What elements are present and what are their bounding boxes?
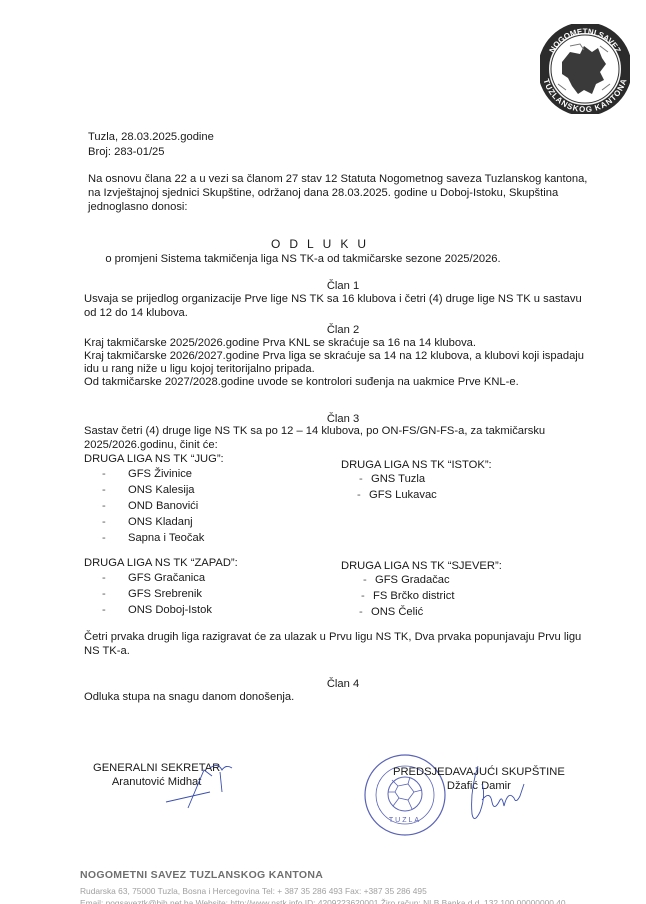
federation-logo: NOGOMETNI SAVEZ TUZLANSKOG KANTONA — [540, 24, 630, 114]
svg-text:TUZLA: TUZLA — [389, 817, 421, 824]
league-zapad: DRUGA LIGA NS TK “ZAPAD”: -GFS Gračanica… — [84, 556, 238, 619]
article-line: Sastav četri (4) druge lige NS TK sa po … — [84, 424, 624, 438]
list-item: -Sapna i Teočak — [102, 531, 224, 547]
intro-line: Na osnovu člana 22 a u vezi sa članom 27… — [88, 172, 618, 186]
decision-title: ODLUKU — [0, 237, 646, 251]
article-1-body: Usvaja se prijedlog organizacije Prve li… — [84, 292, 624, 320]
article-2-heading: Član 2 — [0, 323, 646, 337]
article-line: Usvaja se prijedlog organizacije Prve li… — [84, 292, 624, 306]
league-jug-heading: DRUGA LIGA NS TK “JUG”: — [84, 452, 224, 466]
list-item: -OND Banovići — [102, 499, 224, 515]
league-jug-members: -GFS Živinice -ONS Kalesija -OND Banović… — [102, 467, 224, 547]
list-item: -GNS Tuzla — [359, 472, 492, 488]
list-item: -FS Brčko district — [361, 589, 502, 605]
article-line: Od takmičarske 2027/2028.godine uvode se… — [84, 375, 624, 388]
footer-contact: Email: nogsaveztk@bih.net.ba Website: ht… — [80, 896, 566, 904]
league-istok-heading: DRUGA LIGA NS TK “ISTOK”: — [341, 458, 492, 472]
article-4-heading: Član 4 — [0, 677, 646, 691]
list-item: -GFS Gračanica — [102, 571, 238, 587]
league-zapad-members: -GFS Gračanica -GFS Srebrenik -ONS Doboj… — [102, 571, 238, 619]
article-3-body: Sastav četri (4) druge lige NS TK sa po … — [84, 424, 624, 452]
league-sjever: DRUGA LIGA NS TK “SJEVER”: -GFS Gradačac… — [341, 559, 502, 621]
footer-organization: NOGOMETNI SAVEZ TUZLANSKOG KANTONA — [80, 868, 323, 882]
note-line: Četri prvaka drugih liga razigravat će z… — [84, 630, 624, 644]
intro-line: jednoglasno donosi: — [88, 200, 618, 214]
article-1-heading: Član 1 — [0, 279, 646, 293]
reference-number: Broj: 283-01/25 — [88, 145, 214, 160]
list-item: -ONS Kalesija — [102, 483, 224, 499]
list-item: -GFS Srebrenik — [102, 587, 238, 603]
list-item: -GFS Gradačac — [363, 573, 502, 589]
federation-crest-icon: NOGOMETNI SAVEZ TUZLANSKOG KANTONA — [540, 24, 630, 114]
article-line: Kraj takmičarske 2025/2026.godine Prva K… — [84, 336, 624, 349]
handwritten-signature-icon — [160, 762, 240, 817]
note-line: NS TK-a. — [84, 644, 624, 658]
article-line: od 12 do 14 klubova. — [84, 306, 624, 320]
league-sjever-heading: DRUGA LIGA NS TK “SJEVER”: — [341, 559, 502, 573]
article-line: idu u rang niže u ligu kojoj teritorijal… — [84, 362, 624, 375]
place-date: Tuzla, 28.03.2025.godine — [88, 130, 214, 145]
league-jug: DRUGA LIGA NS TK “JUG”: -GFS Živinice -O… — [84, 452, 224, 547]
document-meta: Tuzla, 28.03.2025.godine Broj: 283-01/25 — [88, 130, 214, 160]
article-4-body: Odluka stupa na snagu danom donošenja. — [84, 690, 624, 704]
intro-paragraph: Na osnovu člana 22 a u vezi sa članom 27… — [88, 172, 618, 214]
league-zapad-heading: DRUGA LIGA NS TK “ZAPAD”: — [84, 556, 238, 570]
list-item: -GFS Lukavac — [357, 488, 492, 504]
article-line: Kraj takmičarske 2026/2027.godine Prva l… — [84, 349, 624, 362]
league-istok: DRUGA LIGA NS TK “ISTOK”: -GNS Tuzla -GF… — [341, 458, 492, 504]
list-item: -ONS Doboj-Istok — [102, 603, 238, 619]
intro-line: na Izvještajnoj sjednici Skupštine, održ… — [88, 186, 618, 200]
decision-subtitle: o promjeni Sistema takmičenja liga NS TK… — [0, 252, 646, 266]
league-sjever-members: -GFS Gradačac -FS Brčko district -ONS Če… — [363, 573, 502, 621]
playoff-note: Četri prvaka drugih liga razigravat će z… — [84, 630, 624, 658]
list-item: -ONS Kladanj — [102, 515, 224, 531]
list-item: -GFS Živinice — [102, 467, 224, 483]
handwritten-signature-icon — [452, 760, 532, 830]
league-istok-members: -GNS Tuzla -GFS Lukavac — [359, 472, 492, 504]
list-item: -ONS Čelić — [359, 605, 502, 621]
article-2-body: Kraj takmičarske 2025/2026.godine Prva K… — [84, 336, 624, 388]
article-line: 2025/2026.godinu, činit će: — [84, 438, 624, 452]
article-line: Odluka stupa na snagu danom donošenja. — [84, 690, 624, 704]
